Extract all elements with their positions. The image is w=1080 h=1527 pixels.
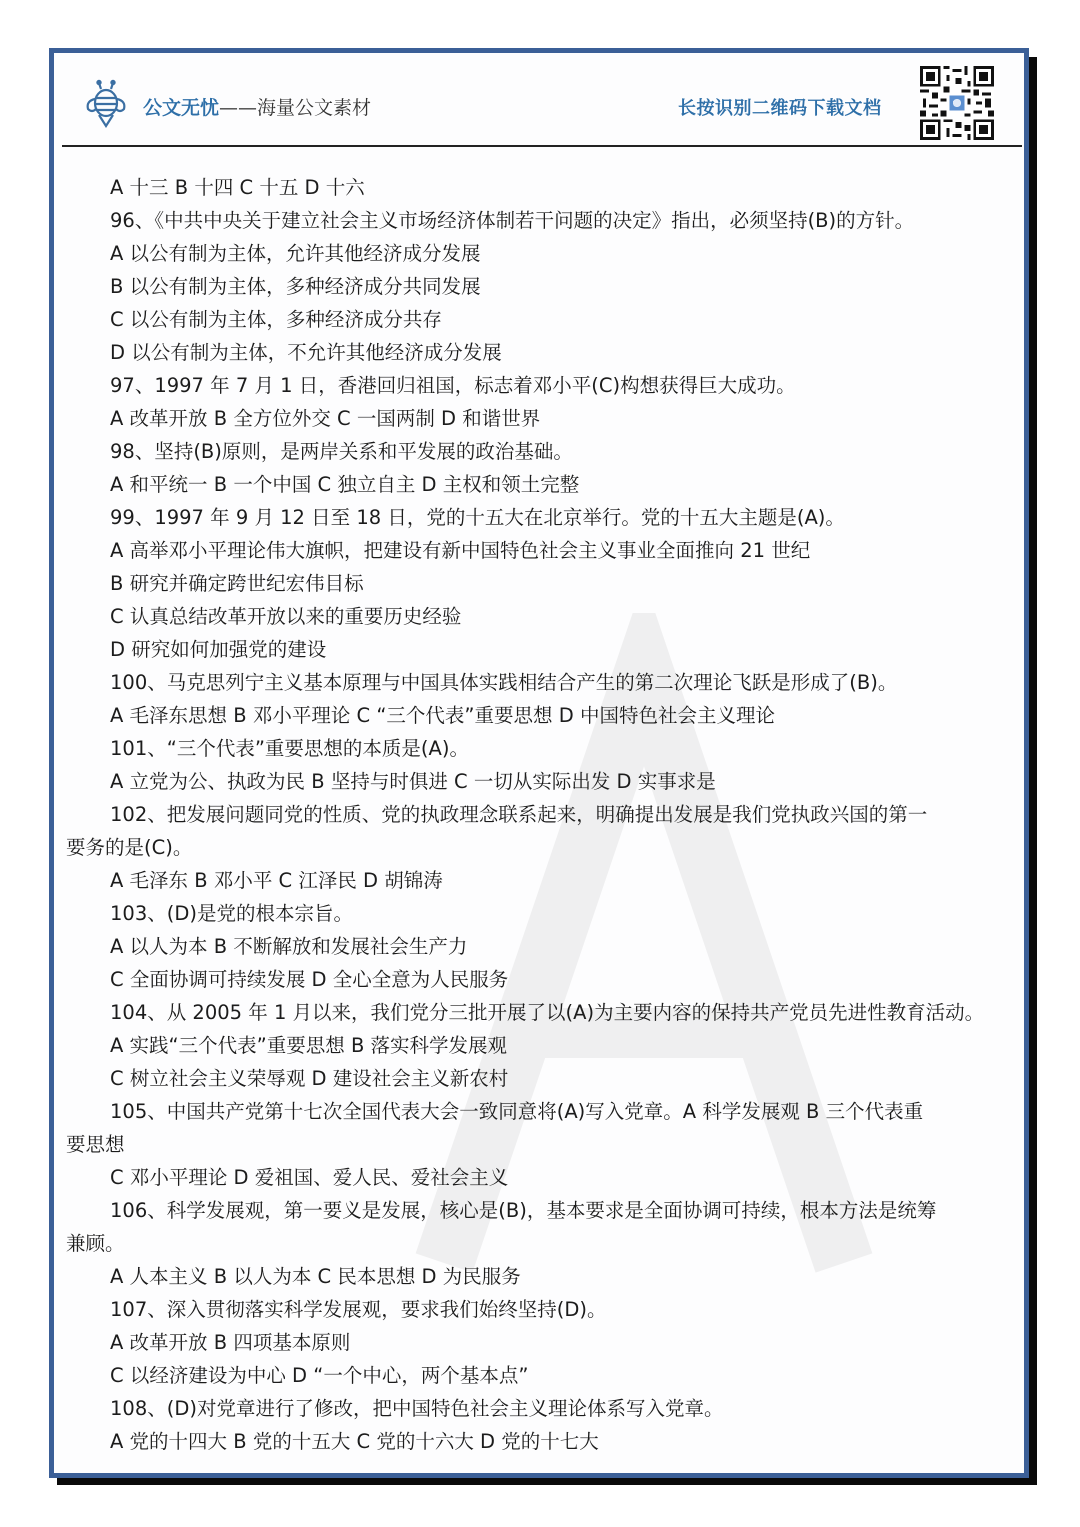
text-line: A 十三 B 十四 C 十五 D 十六 — [110, 171, 365, 204]
text-line: A 人本主义 B 以人为本 C 民本思想 D 为民服务 — [110, 1260, 521, 1293]
text-line: 105、中国共产党第十七次全国代表大会一致同意将(A)写入党章。A 科学发展观 … — [110, 1095, 923, 1128]
qr-code-icon[interactable] — [920, 66, 994, 140]
text-line: A 改革开放 B 四项基本原则 — [110, 1326, 350, 1359]
text-line: 108、(D)对党章进行了修改，把中国特色社会主义理论体系写入党章。 — [110, 1392, 723, 1425]
brand-name: 公文无忧 — [143, 97, 219, 119]
text-line: A 立党为公、执政为民 B 坚持与时俱进 C 一切从实际出发 D 实事求是 — [110, 765, 716, 798]
text-line: C 认真总结改革开放以来的重要历史经验 — [110, 600, 461, 633]
text-line: 106、科学发展观，第一要义是发展，核心是(B)，基本要求是全面协调可持续，根本… — [110, 1194, 936, 1227]
text-line: 107、深入贯彻落实科学发展观，要求我们始终坚持(D)。 — [110, 1293, 606, 1326]
text-line: A 以人为本 B 不断解放和发展社会生产力 — [110, 930, 467, 963]
text-line: C 邓小平理论 D 爱祖国、爱人民、爱社会主义 — [110, 1161, 508, 1194]
text-line: B 研究并确定跨世纪宏伟目标 — [110, 567, 364, 600]
text-line: A 毛泽东 B 邓小平 C 江泽民 D 胡锦涛 — [110, 864, 443, 897]
text-line: A 和平统一 B 一个中国 C 独立自主 D 主权和领土完整 — [110, 468, 579, 501]
text-line: C 以公有制为主体，多种经济成分共存 — [110, 303, 442, 336]
qr-hint-text: 长按识别二维码下载文档 — [678, 94, 882, 120]
text-line: 97、1997 年 7 月 1 日，香港回归祖国，标志着邓小平(C)构想获得巨大… — [110, 369, 796, 402]
text-line: 兼顾。 — [66, 1227, 125, 1260]
brand-title: 公文无忧——海量公文素材 — [143, 93, 371, 120]
text-line: C 全面协调可持续发展 D 全心全意为人民服务 — [110, 963, 508, 996]
text-line: 96、《中共中央关于建立社会主义市场经济体制若干问题的决定》指出，必须坚持(B)… — [110, 204, 914, 237]
header-divider — [62, 145, 1022, 147]
page-header: 公文无忧——海量公文素材 长按识别二维码下载文档 — [54, 53, 1024, 147]
text-line: 104、从 2005 年 1 月以来，我们党分三批开展了以(A)为主要内容的保持… — [110, 996, 984, 1029]
text-line: 99、1997 年 9 月 12 日至 18 日，党的十五大在北京举行。党的十五… — [110, 501, 845, 534]
text-line: 98、坚持(B)原则，是两岸关系和平发展的政治基础。 — [110, 435, 573, 468]
brand-dash: —— — [219, 97, 257, 119]
document-frame: 公文无忧——海量公文素材 长按识别二维码下载文档 — [49, 48, 1029, 1478]
bee-icon — [84, 79, 128, 129]
text-line: D 以公有制为主体，不允许其他经济成分发展 — [110, 336, 502, 369]
text-line: A 改革开放 B 全方位外交 C 一国两制 D 和谐世界 — [110, 402, 540, 435]
text-line: C 树立社会主义荣辱观 D 建设社会主义新农村 — [110, 1062, 508, 1095]
text-line: C 以经济建设为中心 D “一个中心，两个基本点” — [110, 1359, 528, 1392]
text-line: 100、马克思列宁主义基本原理与中国具体实践相结合产生的第二次理论飞跃是形成了(… — [110, 666, 897, 699]
text-line: 103、(D)是党的根本宗旨。 — [110, 897, 353, 930]
text-line: 要务的是(C)。 — [66, 831, 192, 864]
text-line: A 党的十四大 B 党的十五大 C 党的十六大 D 党的十七大 — [110, 1425, 599, 1458]
brand-tagline: 海量公文素材 — [257, 97, 371, 119]
text-line: 101、“三个代表”重要思想的本质是(A)。 — [110, 732, 469, 765]
text-line: A 实践“三个代表”重要思想 B 落实科学发展观 — [110, 1029, 507, 1062]
text-line: D 研究如何加强党的建设 — [110, 633, 326, 666]
text-line: 要思想 — [66, 1128, 125, 1161]
text-line: A 高举邓小平理论伟大旗帜，把建设有新中国特色社会主义事业全面推向 21 世纪 — [110, 534, 810, 567]
text-line: A 毛泽东思想 B 邓小平理论 C “三个代表”重要思想 D 中国特色社会主义理… — [110, 699, 775, 732]
text-line: B 以公有制为主体，多种经济成分共同发展 — [110, 270, 481, 303]
text-line: A 以公有制为主体，允许其他经济成分发展 — [110, 237, 481, 270]
text-line: 102、把发展问题同党的性质、党的执政理念联系起来，明确提出发展是我们党执政兴国… — [110, 798, 927, 831]
